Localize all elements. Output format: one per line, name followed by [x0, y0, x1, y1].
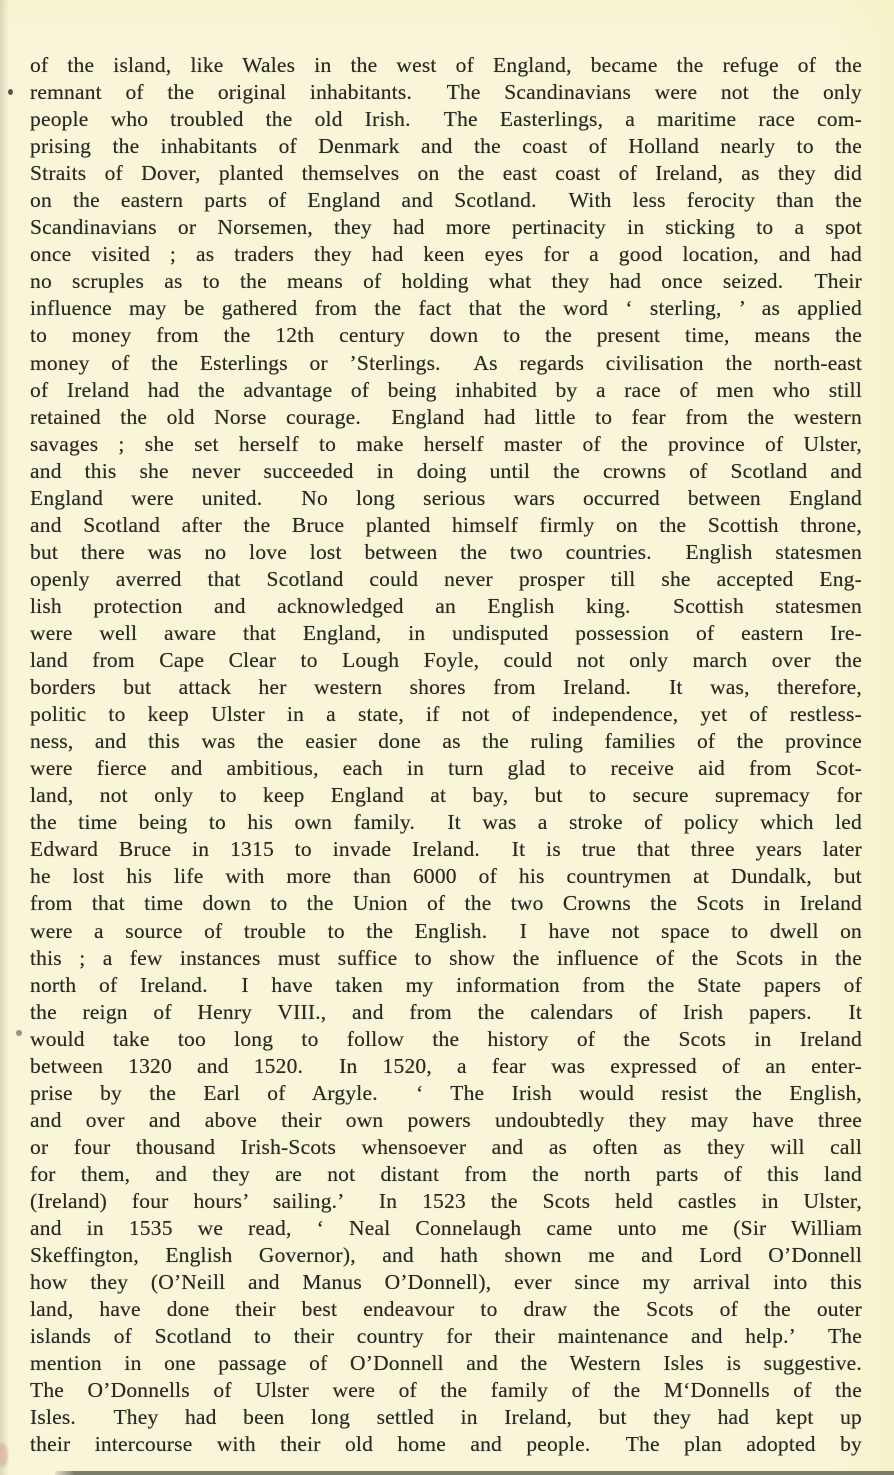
text-line: the reign of Henry VIII., and from the c…	[30, 999, 862, 1026]
text-line: but there was no love lost between the t…	[30, 539, 862, 566]
text-line: would take too long to follow the histor…	[30, 1026, 862, 1053]
text-line: openly averred that Scotland could never…	[30, 566, 862, 593]
text-line: of Ireland had the advantage of being in…	[30, 377, 862, 404]
text-line: for them, and they are not distant from …	[30, 1161, 862, 1188]
pink-smudge-left-edge	[0, 1443, 8, 1467]
text-line: or four thousand Irish-Scots whensoever …	[30, 1134, 862, 1161]
text-line: England were united. No long serious war…	[30, 485, 862, 512]
text-line: land, have done their best endeavour to …	[30, 1296, 862, 1323]
text-line: the time being to his own family. It was…	[30, 809, 862, 836]
text-line: The O’Donnells of Ulster were of the fam…	[30, 1377, 862, 1404]
text-line: north of Ireland. I have taken my inform…	[30, 972, 862, 999]
text-line: mention in one passage of O’Donnell and …	[30, 1350, 862, 1377]
text-line: prise by the Earl of Argyle. ‘ The Irish…	[30, 1080, 862, 1107]
text-line: borders but attack her western shores fr…	[30, 674, 862, 701]
text-line: between 1320 and 1520. In 1520, a fear w…	[30, 1053, 862, 1080]
page-text-block: of the island, like Wales in the west of…	[30, 52, 862, 1458]
text-line: he lost his life with more than 6000 of …	[30, 863, 862, 890]
text-line: were well aware that England, in undispu…	[30, 620, 862, 647]
text-line: ness, and this was the easier done as th…	[30, 728, 862, 755]
text-line: on the eastern parts of England and Scot…	[30, 187, 862, 214]
text-line: and over and above their own powers undo…	[30, 1107, 862, 1134]
text-line: their intercourse with their old home an…	[30, 1431, 862, 1458]
text-line: once visited ; as traders they had keen …	[30, 241, 862, 268]
text-line: prising the inhabitants of Denmark and t…	[30, 133, 862, 160]
text-line: to money from the 12th century down to t…	[30, 322, 862, 349]
text-line: and this she never succeeded in doing un…	[30, 458, 862, 485]
text-line: no scruples as to the means of holding w…	[30, 268, 862, 295]
text-line: land, not only to keep England at bay, b…	[30, 782, 862, 809]
text-line: how they (O’Neill and Manus O’Donnell), …	[30, 1269, 862, 1296]
text-line: and Scotland after the Bruce planted him…	[30, 512, 862, 539]
text-line: Edward Bruce in 1315 to invade Ireland. …	[30, 836, 862, 863]
text-line: Scandinavians or Norsemen, they had more…	[30, 214, 862, 241]
text-line: of the island, like Wales in the west of…	[30, 52, 862, 79]
text-line: money of the Esterlings or ’Sterlings. A…	[30, 350, 862, 377]
scan-edge-shadow	[55, 1471, 894, 1475]
text-line: politic to keep Ulster in a state, if no…	[30, 701, 862, 728]
text-line: islands of Scotland to their country for…	[30, 1323, 862, 1350]
text-line: land from Cape Clear to Lough Foyle, cou…	[30, 647, 862, 674]
text-line: this ; a few instances must suffice to s…	[30, 945, 862, 972]
text-line: Straits of Dover, planted themselves on …	[30, 160, 862, 187]
text-line: retained the old Norse courage. England …	[30, 404, 862, 431]
text-line: lish protection and acknowledged an Engl…	[30, 593, 862, 620]
text-line: from that time down to the Union of the …	[30, 890, 862, 917]
ink-speck-top-margin	[8, 89, 13, 95]
text-line: influence may be gathered from the fact …	[30, 295, 862, 322]
text-line: and in 1535 we read, ‘ Neal Connelaugh c…	[30, 1215, 862, 1242]
text-line: were fierce and ambitious, each in turn …	[30, 755, 862, 782]
text-line: Skeffington, English Governor), and hath…	[30, 1242, 862, 1269]
text-line: savages ; she set herself to make hersel…	[30, 431, 862, 458]
text-line: were a source of trouble to the English.…	[30, 918, 862, 945]
text-line: people who troubled the old Irish. The E…	[30, 106, 862, 133]
text-line: Isles. They had been long settled in Ire…	[30, 1404, 862, 1431]
text-line: (Ireland) four hours’ sailing.’ In 1523 …	[30, 1188, 862, 1215]
ink-speck-left-margin	[16, 1030, 22, 1036]
text-line: remnant of the original inhabitants. The…	[30, 79, 862, 106]
